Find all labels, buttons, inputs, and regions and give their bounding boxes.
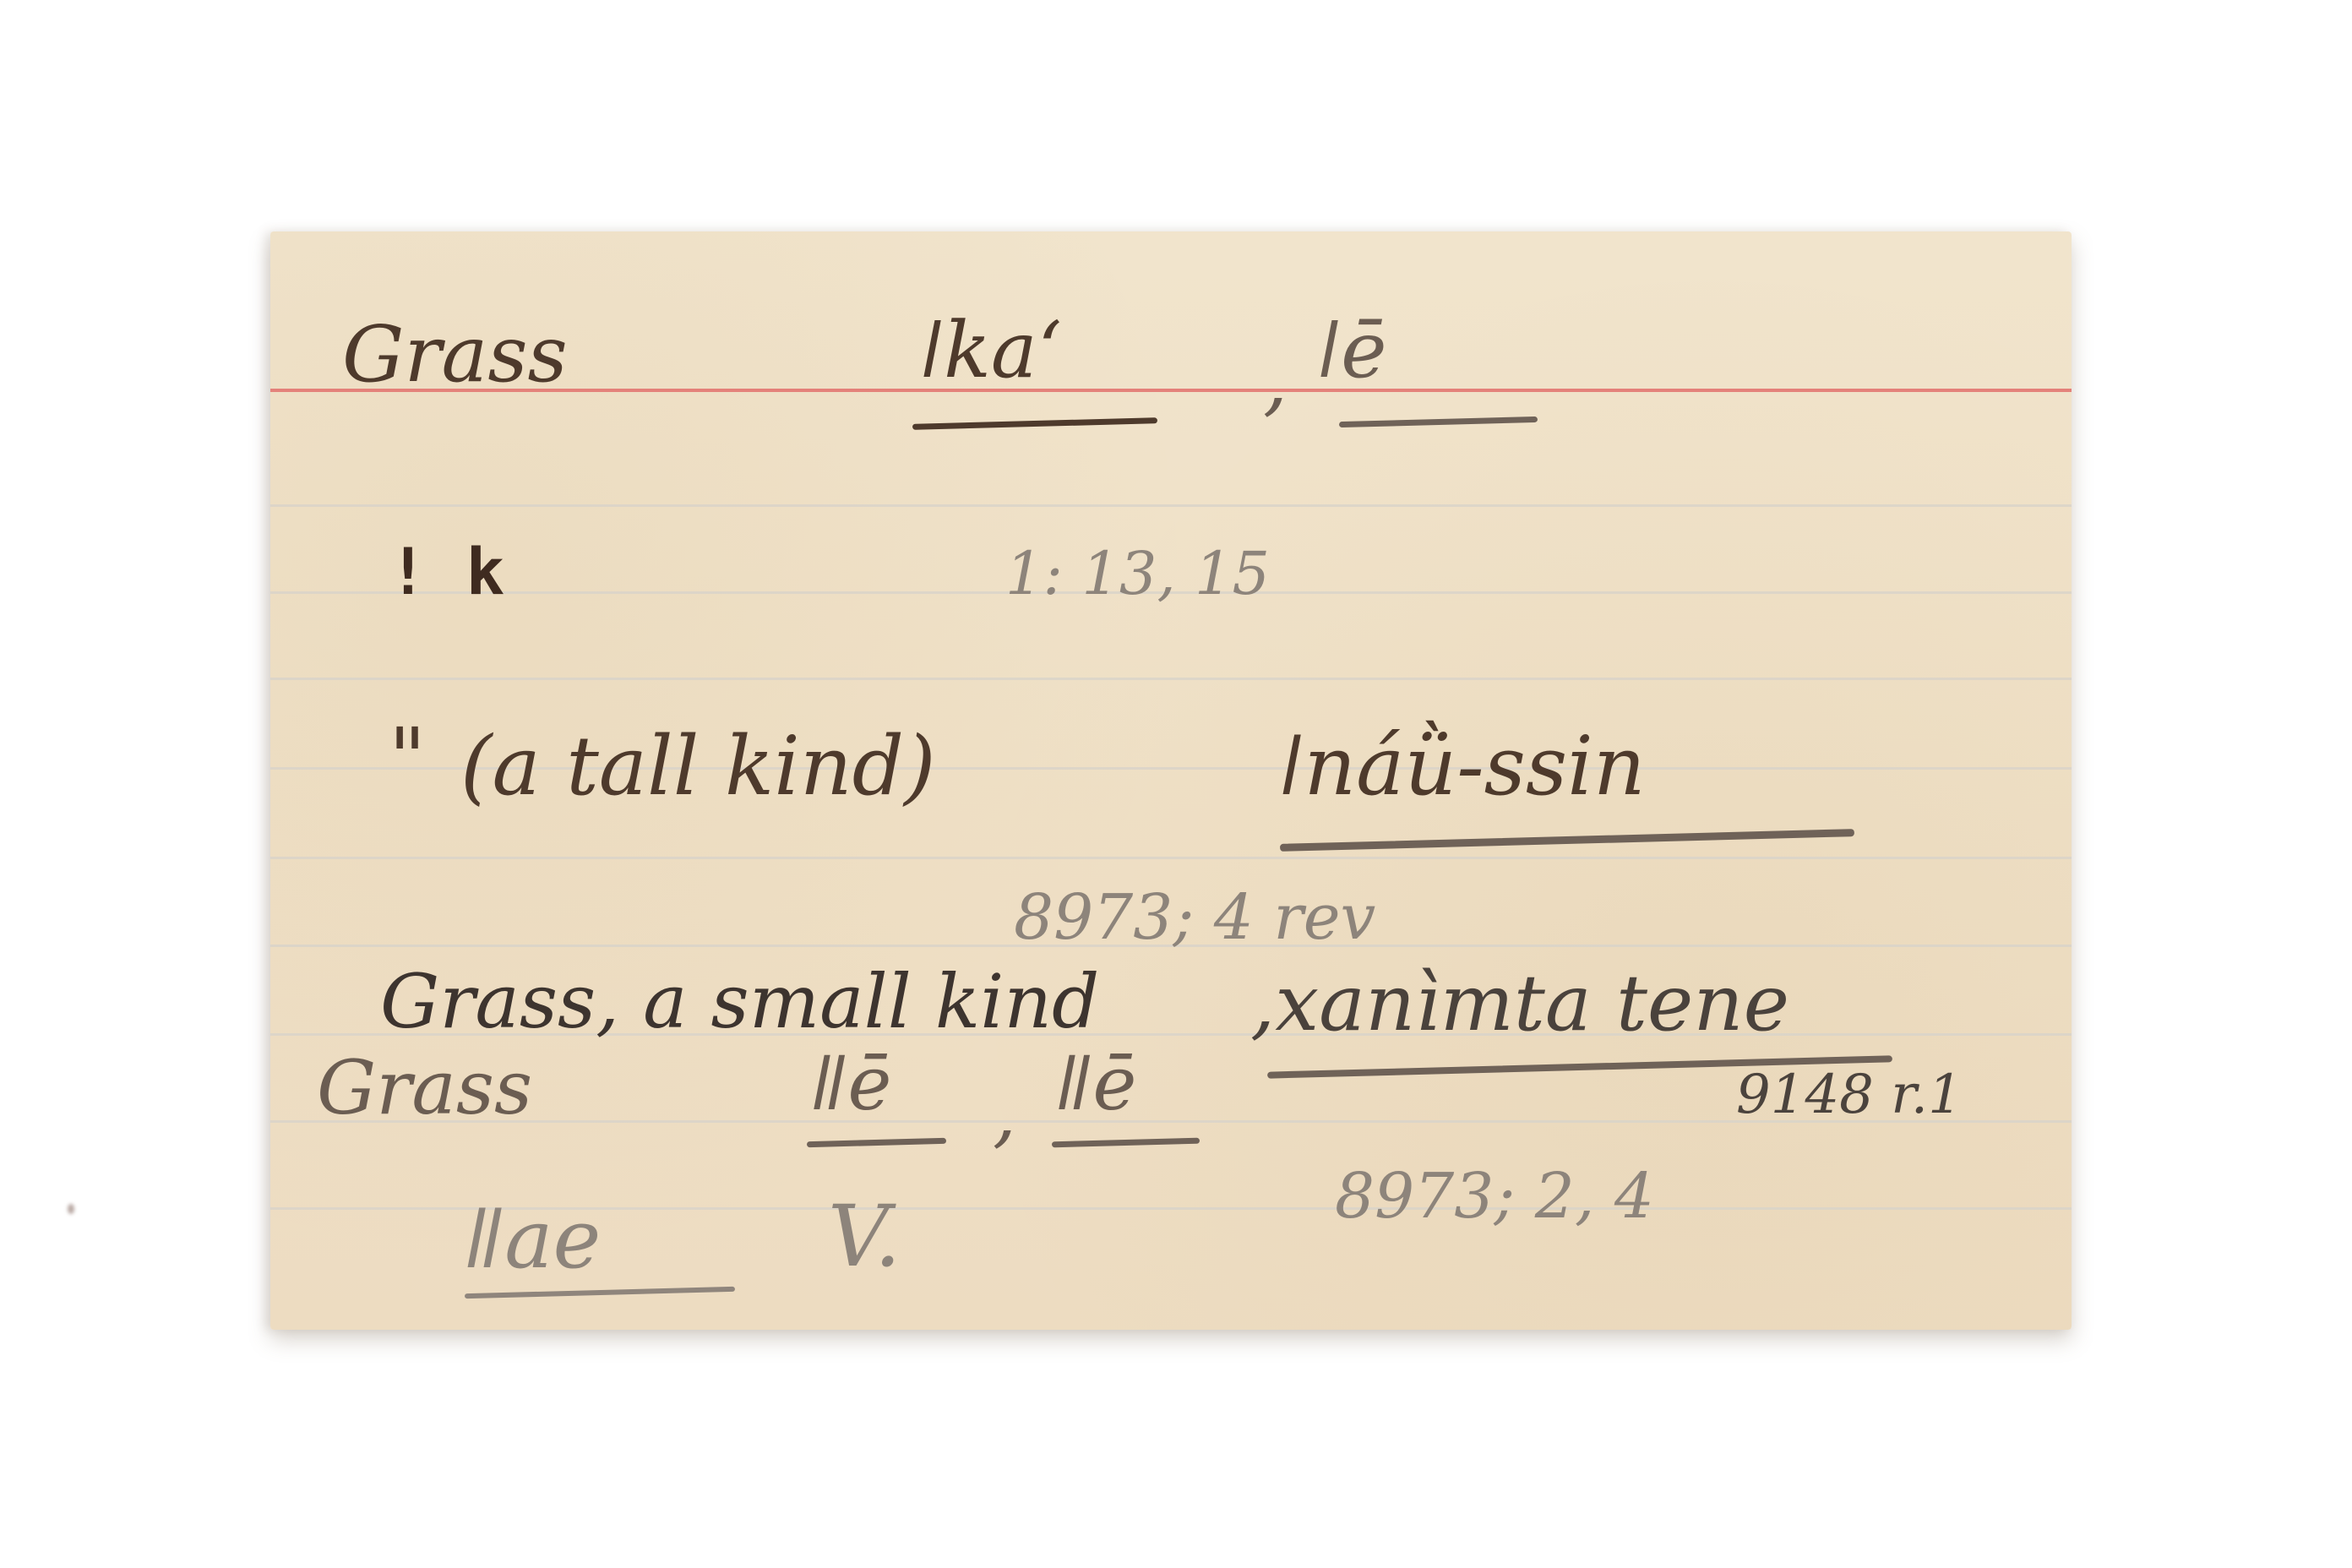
ruled-line [270, 678, 2072, 680]
ditto-mark: " [389, 717, 426, 798]
dust-speck [68, 1204, 74, 1214]
headword-grass: Grass [342, 316, 568, 394]
headword-grass-2: Grass [317, 1051, 532, 1125]
separator-comma: , [1263, 341, 1288, 419]
form-xanimta-tene: ,xanìmta tene [1250, 965, 1789, 1043]
underline [1280, 829, 1854, 852]
label-click-k: ! k [389, 540, 504, 604]
ruled-line [270, 504, 2072, 507]
form-e: ǀē [1318, 312, 1387, 389]
reference-8973-2-4: 8973; 2, 4 [1335, 1165, 1654, 1228]
underline [912, 417, 1157, 430]
reference-9148: 9148 r.1 [1736, 1068, 1963, 1122]
underline [1052, 1138, 1200, 1148]
reference-1-13-15: 1: 13, 15 [1005, 544, 1270, 603]
gloss-tall-kind: (a tall kind) [460, 726, 936, 807]
form-lateral-e: ǁē [811, 1047, 891, 1121]
underline [465, 1287, 735, 1298]
index-card: Grass ǀka‘ , ǀē ! k 1: 13, 15 " (a tall … [270, 231, 2072, 1330]
form-lateral-e-2: ǁē [1056, 1047, 1136, 1121]
ruled-line [270, 857, 2072, 859]
underline [807, 1138, 946, 1147]
form-ae: ǁae [465, 1199, 601, 1280]
gloss-small-kind: Grass, a small kind [380, 965, 1099, 1039]
reference-8973-4rev: 8973; 4 rev [1014, 886, 1375, 949]
separator-comma: , [993, 1076, 1016, 1151]
form-ka: ǀka‘ [921, 312, 1062, 389]
underline [1339, 416, 1538, 427]
abbrev-v: V. [828, 1195, 901, 1279]
form-nau-ssin: ǀnáǜ-ssin [1280, 726, 1646, 807]
